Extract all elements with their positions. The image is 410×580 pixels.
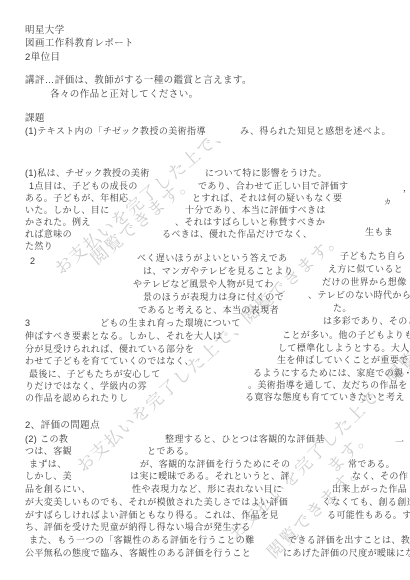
doc-line: 1点目は、子どもの成長の (29, 181, 138, 191)
doc-line: 公平無私の態度で臨み、客観性のある評価を行うこと (25, 548, 251, 558)
doc-line: 伸ばすべき要素となる。しかし、それを大人は (25, 331, 222, 341)
doc-line: る寛容な態度も育てていきたいと考え (245, 392, 405, 402)
doc-line: であり、合わせて正しい目で評価す (198, 181, 348, 191)
doc-line: え方に似ていると (328, 264, 403, 274)
doc-line: 品を創るにい、 (25, 484, 91, 494)
doc-line: ことが多い。他の子どもよりも少し劣る部 (282, 330, 410, 340)
doc-line: 生を伸ばしていくことが重要であると感 (277, 355, 410, 365)
doc-line: る可能性もある。すなわ (327, 510, 410, 520)
doc-line: 出来上がった作品 (332, 484, 407, 494)
doc-line: (1)私は、チゼック教授の美術 (25, 168, 150, 178)
doc-line: 、それはすばらしいと称賛すべきか (175, 217, 325, 227)
doc-line: りだけではなく、学級内の雰 (25, 381, 147, 391)
doc-line: 生もま (365, 227, 393, 237)
doc-line: れば意味の (25, 229, 72, 239)
doc-line: 景のほうが表現力は身に付くので (143, 292, 284, 302)
doc-fragment: ， (403, 183, 410, 193)
doc-line: が大変美しいものでも、それが模倣された美しさではよい評価 (25, 497, 288, 507)
doc-line: がすばらしければよい評価ともなり得る。これは、作品を見 (25, 510, 279, 520)
section2-heading: 2、評価の問題点 (25, 421, 100, 431)
doc-line: とである。 (147, 446, 194, 456)
doc-line: た然り (25, 241, 53, 251)
doc-line: しかし、美 (25, 471, 72, 481)
doc-line: どもの生まれ育った環境について (100, 318, 241, 328)
doc-line: た。 (333, 303, 352, 313)
doc-line: るようにするためには、家庭での親・兄 (253, 368, 410, 378)
doc-line: して標準化しようとする。大人の標準に合 (278, 343, 410, 353)
doc-line: が、客観的な評価を行うためにその (140, 459, 290, 469)
doc-line: (2) この教 (25, 434, 68, 444)
report-title: 図画工作科教育レポート (25, 39, 134, 49)
credit-unit: 2単位目 (25, 53, 60, 63)
doc-line: だけの世界から想像 (322, 277, 407, 287)
doc-fragment: 一 (395, 437, 404, 447)
doc-line: (1)テキスト内の「チゼック教授の美術指導 (25, 126, 206, 136)
doc-line: 最後に、子どもたちが安心して (29, 369, 161, 379)
doc-line: くなくても、創る創造性 (322, 497, 410, 507)
doc-line: できる評価を出すことは、教師は (288, 535, 410, 545)
doc-line: つは、客観 (25, 446, 72, 456)
doc-line: は実に曖昧である。それというと、評 (130, 471, 290, 481)
doc-line: について特に影響をうけた。 (205, 168, 327, 178)
critique-line: 各々の作品と正対してください。 (50, 90, 199, 100)
critique-line: 講評…評価は、教師がする一種の鑑賞と言えます。 (25, 76, 252, 86)
doc-fragment: 3 (25, 318, 30, 328)
doc-line: 。美術指導を通して、友だちの作品を (248, 380, 408, 390)
doc-line: 常である。 (348, 459, 395, 469)
doc-line: わせて子どもを育てていくのではなく、 (25, 356, 194, 366)
watermark-stamp: ます。 (320, 422, 376, 478)
doc-line: かされた。例え (25, 217, 91, 227)
university-name: 明星大学 (25, 26, 65, 36)
doc-line: であると考えると、本当の表現者 (138, 305, 279, 315)
doc-line: るべきは、優れた作品だけでなく、 (162, 229, 312, 239)
heading-kadai: 課題 (25, 114, 45, 124)
doc-line: なく、その作 (352, 471, 408, 481)
doc-line: また、もう一つの「客観性のある評価を行うことの難 (29, 535, 255, 545)
doc-line: いた。しかし、目に (25, 205, 110, 215)
doc-fragment: 2 (30, 256, 35, 266)
doc-line: 十分であり、本当に評価すべきは (185, 205, 326, 215)
doc-line: やテレビなど風景や人物が見てわ (133, 279, 274, 289)
doc-line: まずは、 (29, 459, 67, 469)
doc-line: 子どもたち自ら (340, 251, 406, 261)
doc-line: み、得られた知見と感想を述べよ。 (240, 126, 391, 136)
doc-line: の作品を認められたりし (25, 393, 128, 403)
doc-fragment: ヵ (383, 196, 392, 206)
doc-line: 分が見受けられれば、優れている部分を (25, 344, 194, 354)
doc-line: 整理すると、ひとつは客観的な評価基 (165, 434, 325, 444)
doc-line: は多彩であり、そのどれをとっても (323, 316, 410, 326)
doc-line: は、マンガやテレビを見ることより (143, 266, 293, 276)
doc-line: とすれば、それは何の疑いもなく要 (192, 193, 342, 203)
doc-line: にあげた評価の尺度が曖昧になる目標 (283, 548, 410, 558)
document-page: お支払いを完了した上で、 閲覧できます。 お支払いを完了した上で、閲覧できます。… (0, 0, 410, 580)
doc-line: べく遅いほうがよいという答えであ (137, 253, 287, 263)
doc-line: ある。子どもが、年相応 (25, 193, 128, 203)
doc-line: ち、評価を受けた児童が納得し得ない場合が発生する (25, 522, 251, 532)
doc-line: 性や表現力など、形に表れない目に (132, 484, 282, 494)
doc-line: 、テレビのない時代からそ (308, 290, 410, 300)
